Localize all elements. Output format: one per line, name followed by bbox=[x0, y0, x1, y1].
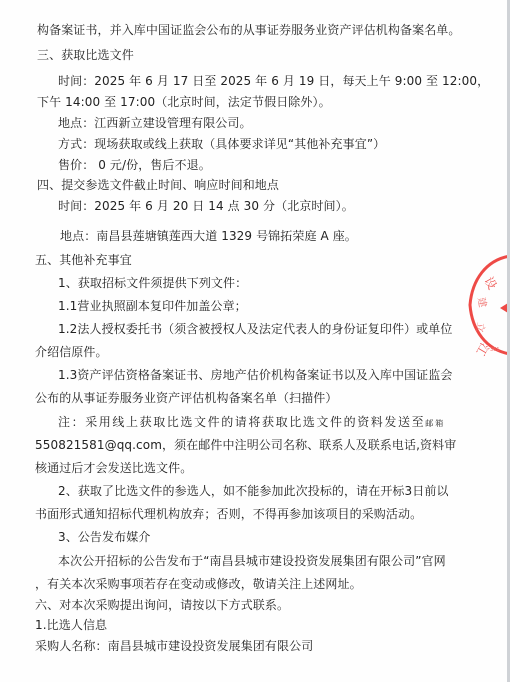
svg-text:建: 建 bbox=[475, 296, 490, 308]
text-line: 注：采用线上获取比选文件的请将获取比选文件的资料发送至邮箱 bbox=[58, 414, 445, 432]
text-line: 时间：2025 年 6 月 17 日至 2025 年 6 月 19 日，每天上午… bbox=[58, 73, 489, 89]
svg-text:361: 361 bbox=[490, 347, 500, 353]
text-line: 方式：现场获取或线上获取（具体要求详见“其他补充事宜”） bbox=[58, 136, 385, 152]
svg-text:设: 设 bbox=[481, 275, 499, 292]
text-line: 介绍信原件。 bbox=[35, 344, 108, 360]
text-line: 地点：江西新立建设管理有限公司。 bbox=[58, 115, 252, 131]
text-line: 公布的从事证券服务业资产评估机构备案名单（扫描件） bbox=[35, 390, 338, 406]
text-line: 1.2法人授权委托书（须含被授权人及法定代表人的身份证复印件）或单位 bbox=[58, 321, 453, 337]
text-line: 书面形式通知招标代理机构放弃；否则，不得再参加该项目的采购活动。 bbox=[35, 506, 422, 522]
text-line: 2、获取了比选文件的参选人，如不能参加此次投标的，请在开标3日前以 bbox=[58, 483, 449, 499]
section-heading-5: 五、其他补充事宜 bbox=[35, 252, 132, 268]
text-line: 550821581@qq.com，须在邮件中注明公司名称、联系人及联系电话,资料… bbox=[35, 437, 456, 453]
section-heading-4: 四、提交参选文件截止时间、响应时间和地点 bbox=[37, 177, 279, 193]
text-line: 3、公告发布媒介 bbox=[58, 529, 150, 545]
text-line: 1、获取招标文件须提供下列文件： bbox=[58, 275, 247, 291]
text-line: ，有关本次采购事项若存在变动或修改，敬请关注上述网址。 bbox=[35, 576, 362, 592]
text-line: 地点：南昌县莲塘镇莲西大道 1329 号锦拓荣庭 A 座。 bbox=[60, 228, 357, 244]
text-line: 售价： 0 元/份，售后不退。 bbox=[58, 157, 211, 173]
note-text: 注：采用线上获取比选文件的请将获取比选文件的资料发送至 bbox=[58, 415, 425, 429]
section-heading-6: 六、对本次采购提出询问，请按以下方式联系。 bbox=[35, 597, 289, 613]
text-line: 时间：2025 年 6 月 20 日 14 点 30 分（北京时间）。 bbox=[58, 198, 354, 214]
text-line: 构备案证书，并入库中国证监会公布的从事证券服务业资产评估机构备案名单。 bbox=[37, 22, 461, 38]
text-line: 1.比选人信息 bbox=[35, 617, 107, 633]
svg-text:立: 立 bbox=[473, 321, 487, 333]
text-line: 核通过后才会发送比选文件。 bbox=[35, 460, 192, 476]
red-seal-stamp: 设 建 立 江 361 bbox=[466, 250, 510, 360]
document-page: 构备案证书，并入库中国证监会公布的从事证券服务业资产评估机构备案名单。 三、获取… bbox=[0, 0, 507, 682]
text-line: 下午 14:00 至 17:00（北京时间，法定节假日除外）。 bbox=[37, 94, 331, 110]
text-line: 采购人名称：南昌县城市建设投资发展集团有限公司 bbox=[35, 638, 313, 654]
text-line: 1.1营业执照副本复印件加盖公章； bbox=[58, 298, 247, 314]
section-heading-3: 三、获取比选文件 bbox=[37, 47, 134, 63]
text-line: 本次公开招标的公告发布于“南昌县城市建设投资发展集团有限公司”官网 bbox=[58, 553, 446, 569]
text-line: 1.3资产评估资格备案证书、房地产估价机构备案证书以及入库中国证监会 bbox=[58, 367, 453, 383]
email-label: 邮箱 bbox=[425, 419, 445, 428]
